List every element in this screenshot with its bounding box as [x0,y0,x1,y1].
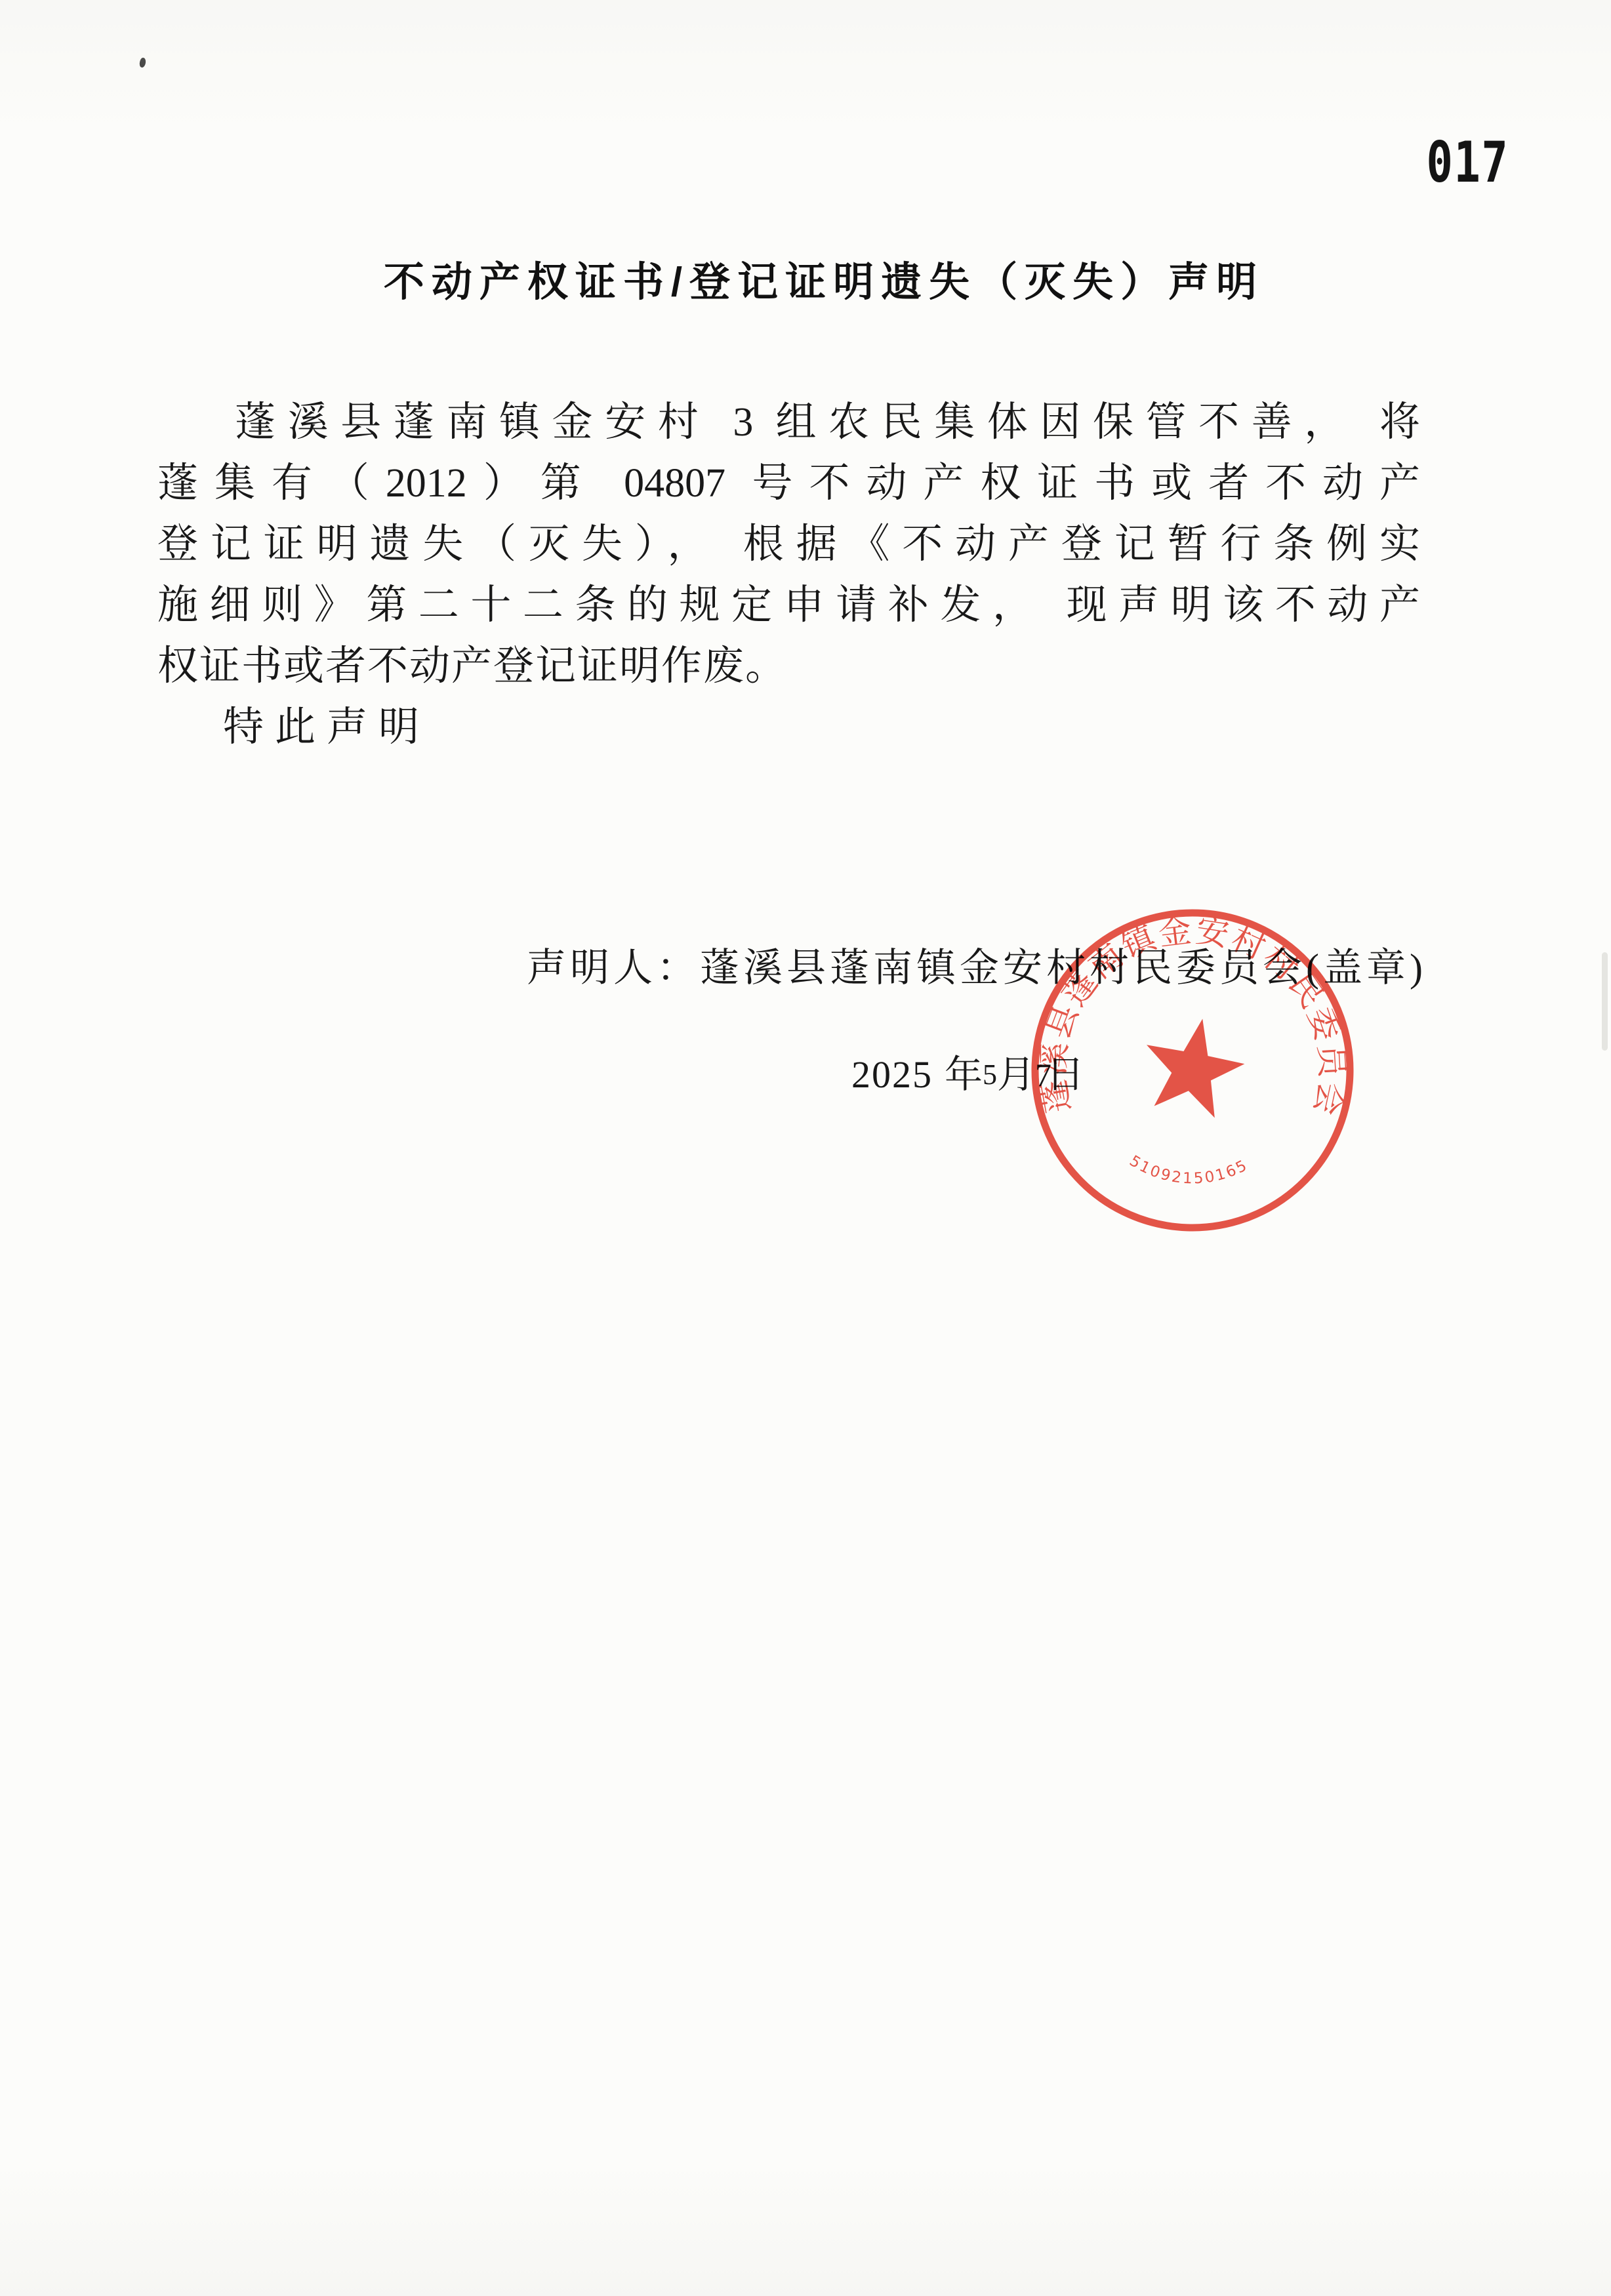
page-number: 017 [1426,130,1509,195]
document-title: 不动产权证书/登记证明遗失（灭失）声明 [18,249,1611,308]
star-icon [1135,1009,1252,1121]
scan-edge-artifact [1602,952,1608,1051]
body-line: 蓬集有（2012）第 04807 号不动产权证书或者不动产 [157,453,1420,514]
official-seal: 蓬溪县蓬南镇金安村村民委员会 5109215016514 [1023,900,1362,1239]
body-line: 登记证明遗失（灭失）， 根据《不动产登记暂行条例实 [157,514,1420,575]
date-year-unit: 年 [945,1053,983,1096]
scanned-document-page: 017 不动产权证书/登记证明遗失（灭失）声明 蓬溪县蓬南镇金安村 3 组农民集… [0,0,1611,2296]
date-year: 2025 [851,1053,933,1097]
ink-speck [138,57,146,68]
date-month: 5 [983,1058,997,1091]
body-line: 蓬溪县蓬南镇金安村 3 组农民集体因保管不善， 将 [157,392,1420,453]
body-line: 权证书或者不动产登记证明作废。 [157,636,1420,697]
official-seal-graphic: 蓬溪县蓬南镇金安村村民委员会 5109215016514 [1023,900,1362,1239]
body-line-closing: 特此声明 [157,697,1420,758]
body-paragraph: 蓬溪县蓬南镇金安村 3 组农民集体因保管不善， 将 蓬集有（2012）第 048… [157,392,1420,758]
body-line: 施细则》第二十二条的规定申请补发， 现声明该不动产 [157,575,1420,636]
